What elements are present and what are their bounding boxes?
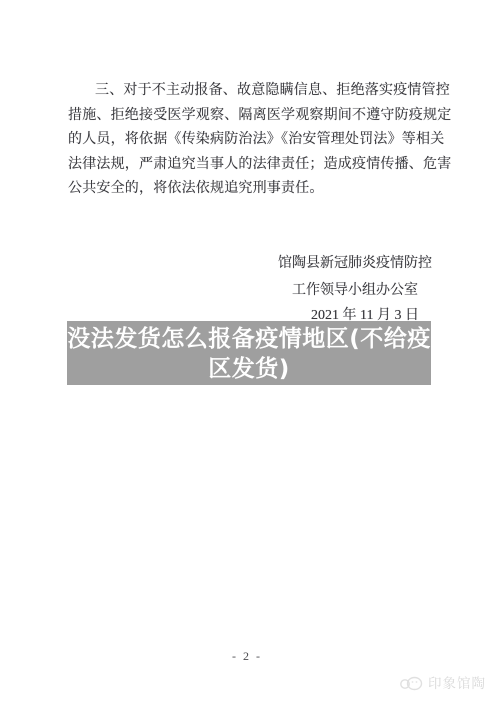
watermark: 印象馆陶	[399, 672, 486, 692]
signature-org-line2: 工作领导小组办公室	[240, 279, 470, 299]
page-number: - 2 -	[0, 649, 494, 664]
body-line-3: 的人员，将依据《传染病防治法》《治安管理处罚法》等相关	[68, 128, 440, 153]
article-title-line1: 没法发货怎么报备疫情地区(不给疫	[67, 324, 431, 354]
signature-org-line1: 馆陶县新冠肺炎疫情防控	[240, 252, 470, 272]
body-line-1: 三、对于不主动报备、故意隐瞒信息、拒绝落实疫情管控	[68, 79, 440, 104]
body-line-4: 法律法规，严肃追究当事人的法律责任；造成疫情传播、危害	[68, 153, 440, 178]
body-line-5: 公共安全的，将依法依规追究刑事责任。	[68, 177, 440, 202]
body-paragraph: 三、对于不主动报备、故意隐瞒信息、拒绝落实疫情管控 措施、拒绝接受医学观察、隔离…	[68, 79, 440, 202]
body-line-2: 措施、拒绝接受医学观察、隔离医学观察期间不遵守防疫规定	[68, 104, 440, 129]
article-title-line2: 区发货)	[67, 354, 431, 384]
scanned-document-page: 三、对于不主动报备、故意隐瞒信息、拒绝落实疫情管控 措施、拒绝接受医学观察、隔离…	[0, 0, 500, 707]
cloud-logo-icon	[399, 674, 423, 691]
article-title-overlay: 没法发货怎么报备疫情地区(不给疫 区发货)	[67, 321, 431, 385]
watermark-label: 印象馆陶	[428, 672, 486, 692]
